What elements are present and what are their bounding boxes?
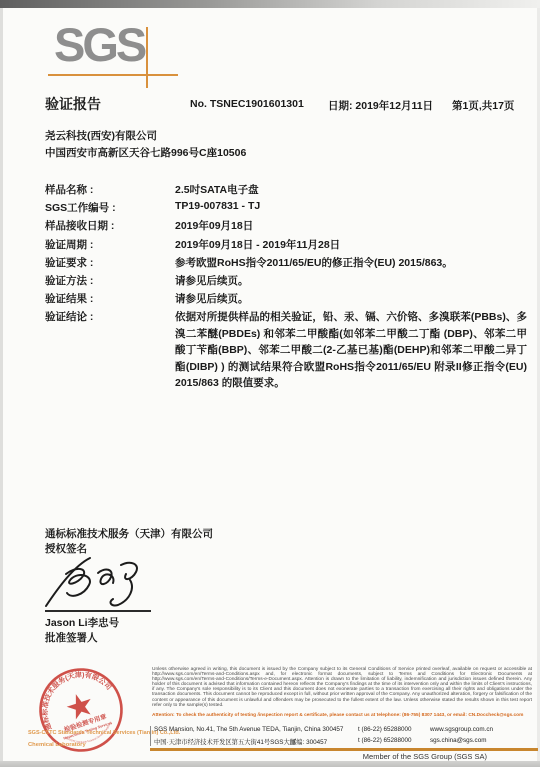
legal-disclaimer: Unless otherwise agreed in writing, this…	[152, 667, 532, 708]
client-address: 中国西安市高新区天谷七路996号C座10506	[45, 145, 246, 160]
field-value: 2019年09月18日	[175, 218, 527, 233]
field-label: 样品名称 :	[45, 182, 93, 197]
field-value: TP19-007831 - TJ	[175, 200, 527, 212]
postcode: 邮编: 300457	[290, 737, 327, 746]
page-title: 验证报告	[45, 94, 101, 114]
address-divider-line	[150, 726, 151, 746]
sgs-group-member-note: Member of the SGS Group (SGS SA)	[300, 752, 487, 761]
signature-handwriting	[40, 554, 158, 610]
signer-name: Jason Li李忠号	[45, 615, 119, 630]
signature-line	[45, 610, 151, 612]
field-value: 参考欧盟RoHS指令2011/65/EU的修正指令(EU) 2015/863。	[175, 255, 527, 270]
website-link[interactable]: www.sgsgroup.com.cn	[430, 726, 493, 733]
field-label: 验证结果 :	[45, 291, 93, 306]
telephone-2: t (86-22) 65288000	[358, 737, 412, 744]
field-value: 请参见后续页。	[175, 273, 527, 288]
page-count: 第1页,共17页	[452, 98, 514, 113]
report-number: No. TSNEC1901601301	[190, 98, 304, 110]
stamp-star-icon	[64, 690, 95, 721]
field-label: 验证要求 :	[45, 255, 93, 270]
email-link[interactable]: sgs.china@sgs.com	[430, 737, 486, 744]
field-value: 2.5吋SATA电子盘	[175, 182, 527, 197]
issuer-company: 通标标准技术服务（天津）有限公司	[45, 526, 213, 541]
field-label: 验证周期 :	[45, 237, 93, 252]
report-date: 日期: 2019年12月11日	[328, 98, 433, 113]
signer-role: 批准签署人	[45, 630, 98, 645]
address-english: SGS Mansion, No.41, The 5th Avenue TEDA,…	[154, 726, 343, 733]
authenticity-attention-note: Attention: To check the authenticity of …	[152, 713, 532, 718]
logo-crosshair-horizontal	[48, 74, 178, 76]
sgs-logo: SGS	[54, 21, 144, 68]
field-label: 验证方法 :	[45, 273, 93, 288]
field-value: 请参见后续页。	[175, 291, 527, 306]
client-name: 尧云科技(西安)有限公司	[45, 128, 157, 143]
company-seal-stamp: 通标标准技术服务(天津)有限公司 检验检测专用章 Inspection & Te…	[26, 655, 137, 766]
scan-edge-bottom	[0, 761, 540, 767]
field-label: SGS工作编号 :	[45, 200, 116, 215]
field-value: 依据对所提供样品的相关验证，铅、汞、镉、六价铬、多溴联苯(PBBs)、多溴二苯醚…	[175, 309, 527, 392]
telephone-1: t (86-22) 65288000	[358, 726, 412, 733]
address-chinese: 中国·天津市经济技术开发区第五大街41号SGS大厦	[154, 737, 296, 746]
field-label: 样品接收日期 :	[45, 218, 114, 233]
footer-orange-rule	[150, 748, 538, 751]
lab-dept-caption: Chemical Laboratory	[28, 742, 86, 748]
field-label: 验证结论 :	[45, 309, 93, 324]
logo-crosshair-vertical	[146, 27, 148, 88]
field-value: 2019年09月18日 - 2019年11月28日	[175, 237, 527, 252]
scan-edge-left	[0, 8, 3, 767]
scan-edge-top	[0, 0, 540, 8]
